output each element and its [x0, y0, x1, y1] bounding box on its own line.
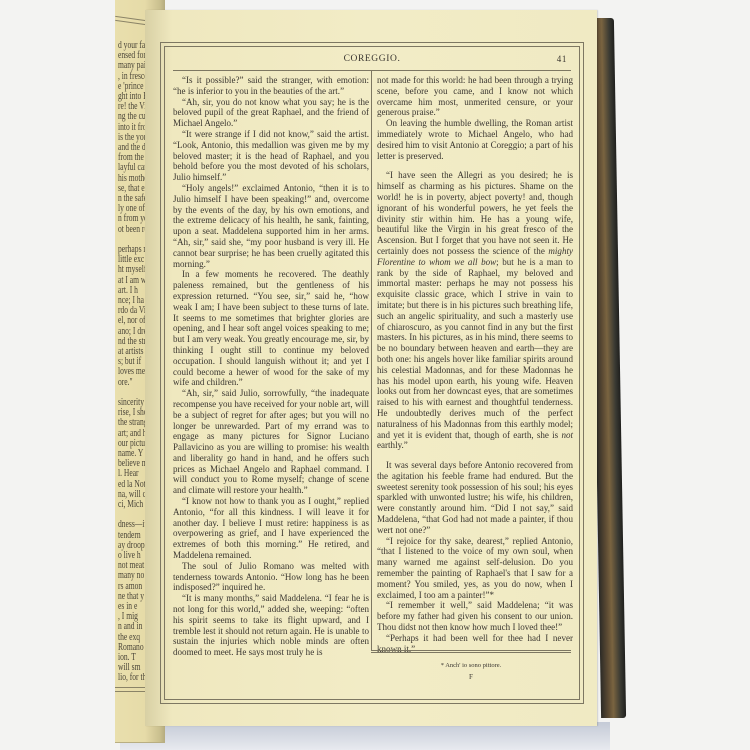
paragraph: “It were strange if I did not know,” sai…	[173, 129, 369, 183]
paragraph: On leaving the humble dwelling, the Roma…	[377, 118, 573, 161]
page-number: 41	[557, 54, 567, 64]
paragraph: “I know not how to thank you as I ought,…	[173, 496, 369, 561]
paragraph: “Ah, sir, you do not know what you say; …	[173, 97, 369, 129]
running-head: COREGGIO. 41	[165, 52, 579, 70]
page-41: COREGGIO. 41 “Is it possible?” said the …	[145, 10, 597, 726]
book-photo: d your familensed for yomany pain, in fr…	[0, 0, 750, 750]
paragraph: “Ah, sir,” said Julio, sorrowfully, “the…	[173, 388, 369, 496]
footnote-rule	[371, 652, 571, 653]
paragraph: “I remember it well,” said Maddelena; “i…	[377, 600, 573, 632]
paragraph: “Holy angels!” exclaimed Antonio, “then …	[173, 183, 369, 269]
italic-word: not	[561, 430, 573, 440]
paragraph: In a few moments he recovered. The death…	[173, 269, 369, 388]
page-frame: COREGGIO. 41 “Is it possible?” said the …	[160, 42, 584, 704]
footnote-rule	[371, 650, 571, 651]
running-head-title: COREGGIO.	[165, 54, 579, 64]
paragraph: not made for this world: he had been thr…	[377, 75, 573, 118]
paragraph: “It is many months,” said Maddelena. “I …	[173, 593, 369, 658]
column-divider	[371, 71, 372, 651]
paragraph: The soul of Julio Romano was melted with…	[173, 561, 369, 593]
text-column-right: not made for this world: he had been thr…	[377, 75, 573, 654]
footnote: * Anch' io sono pittore.	[371, 662, 571, 669]
header-rule	[173, 70, 571, 71]
paragraph: It was several days before Antonio recov…	[377, 460, 573, 536]
signature-mark: F	[371, 673, 571, 681]
paragraph: “I rejoice for thy sake, dearest,” repli…	[377, 536, 573, 601]
text-column-left: “Is it possible?” said the stranger, wit…	[173, 75, 369, 658]
letter-quote: “I have seen the Allegri as you desired;…	[377, 170, 573, 451]
page-frame-inner: COREGGIO. 41 “Is it possible?” said the …	[164, 46, 580, 700]
table-surface	[120, 722, 610, 750]
paragraph: “Is it possible?” said the stranger, wit…	[173, 75, 369, 97]
